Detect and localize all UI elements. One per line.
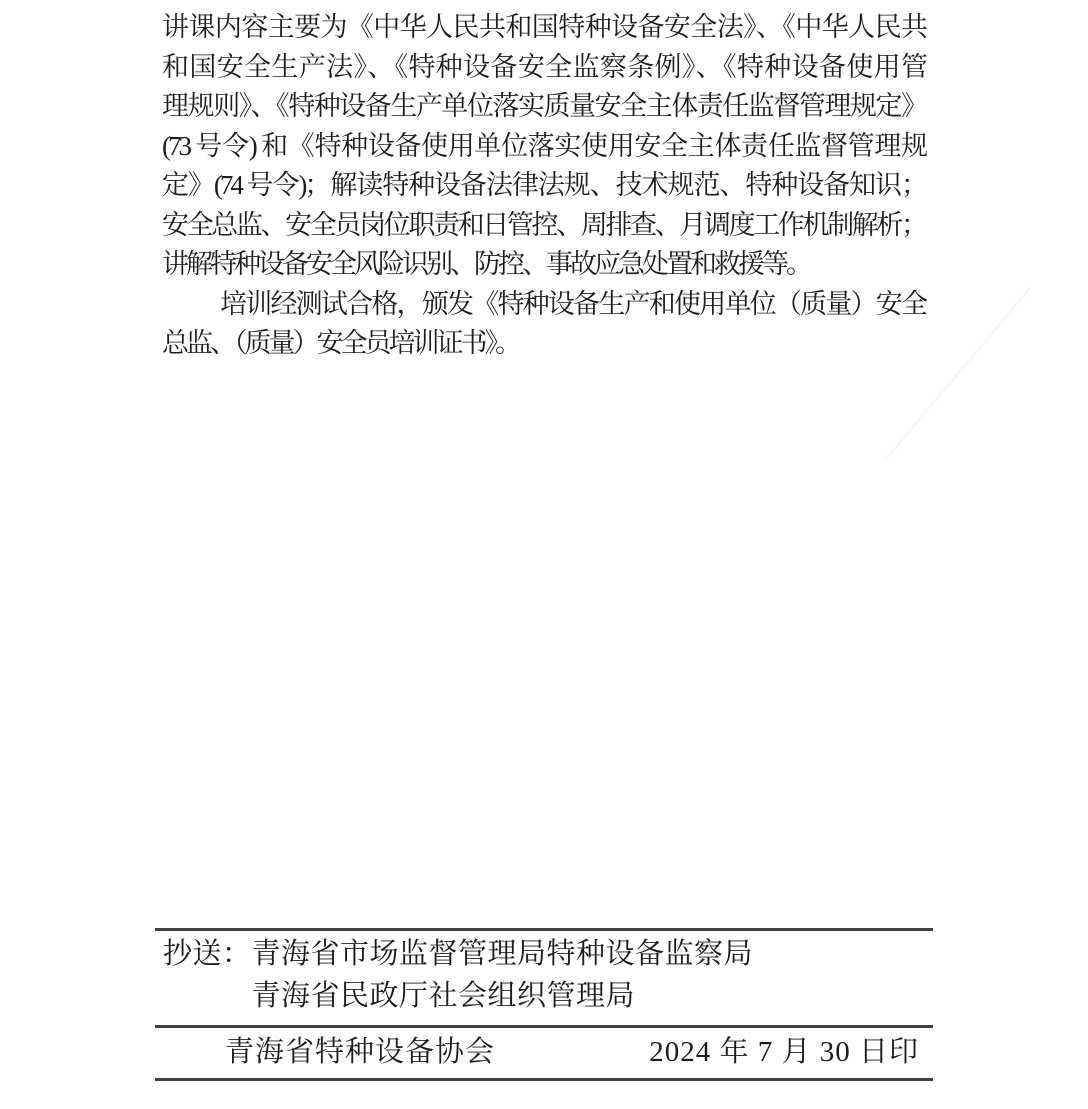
cc-label: 抄送： [163,933,252,1017]
print-date: 2024 年 7 月 30 日印 [649,1031,919,1073]
cc-recipient: 青海省民政厅社会组织管理局 [252,975,754,1017]
body-line: 定》(74 号令)；解读特种设备法律法规、技术规范、特种设备知识； [162,166,925,206]
cc-recipient: 青海省市场监督管理局特种设备监察局 [252,933,754,975]
separator-rule-bottom [155,1078,933,1081]
separator-rule-middle [155,1025,933,1028]
document-page: 讲课内容主要为《中华人民共和国特种设备安全法》、《中华人民共 和国安全生产法》、… [0,0,1088,1109]
separator-rule-top [155,928,933,931]
cc-block: 抄送： 青海省市场监督管理局特种设备监察局 青海省民政厅社会组织管理局 [163,933,753,1017]
body-line: 培训经测试合格，颁发《特种设备生产和使用单位（质量）安全 [162,285,925,325]
body-text-block: 讲课内容主要为《中华人民共和国特种设备安全法》、《中华人民共 和国安全生产法》、… [162,8,925,364]
body-line: 理规则》、《特种设备生产单位落实质量安全主体责任监督管理规定》 [162,87,925,127]
body-line: 总监、（质量）安全员培训证书》。 [162,324,925,364]
body-line: 讲解特种设备安全风险识别、防控、事故应急处置和救援等。 [162,245,925,285]
body-line: 安全总监、安全员岗位职责和日管控、周排查、月调度工作机制解析； [162,206,925,246]
body-line: 讲课内容主要为《中华人民共和国特种设备安全法》、《中华人民共 [162,8,925,48]
body-line: (73 号令) 和《特种设备使用单位落实使用安全主体责任监督管理规 [162,127,925,167]
cc-recipient-list: 青海省市场监督管理局特种设备监察局 青海省民政厅社会组织管理局 [252,933,754,1017]
body-line: 和国安全生产法》、《特种设备安全监察条例》、《特种设备使用管 [162,48,925,88]
footer: 青海省特种设备协会 2024 年 7 月 30 日印 [155,1031,933,1073]
issuing-org: 青海省特种设备协会 [225,1031,495,1073]
